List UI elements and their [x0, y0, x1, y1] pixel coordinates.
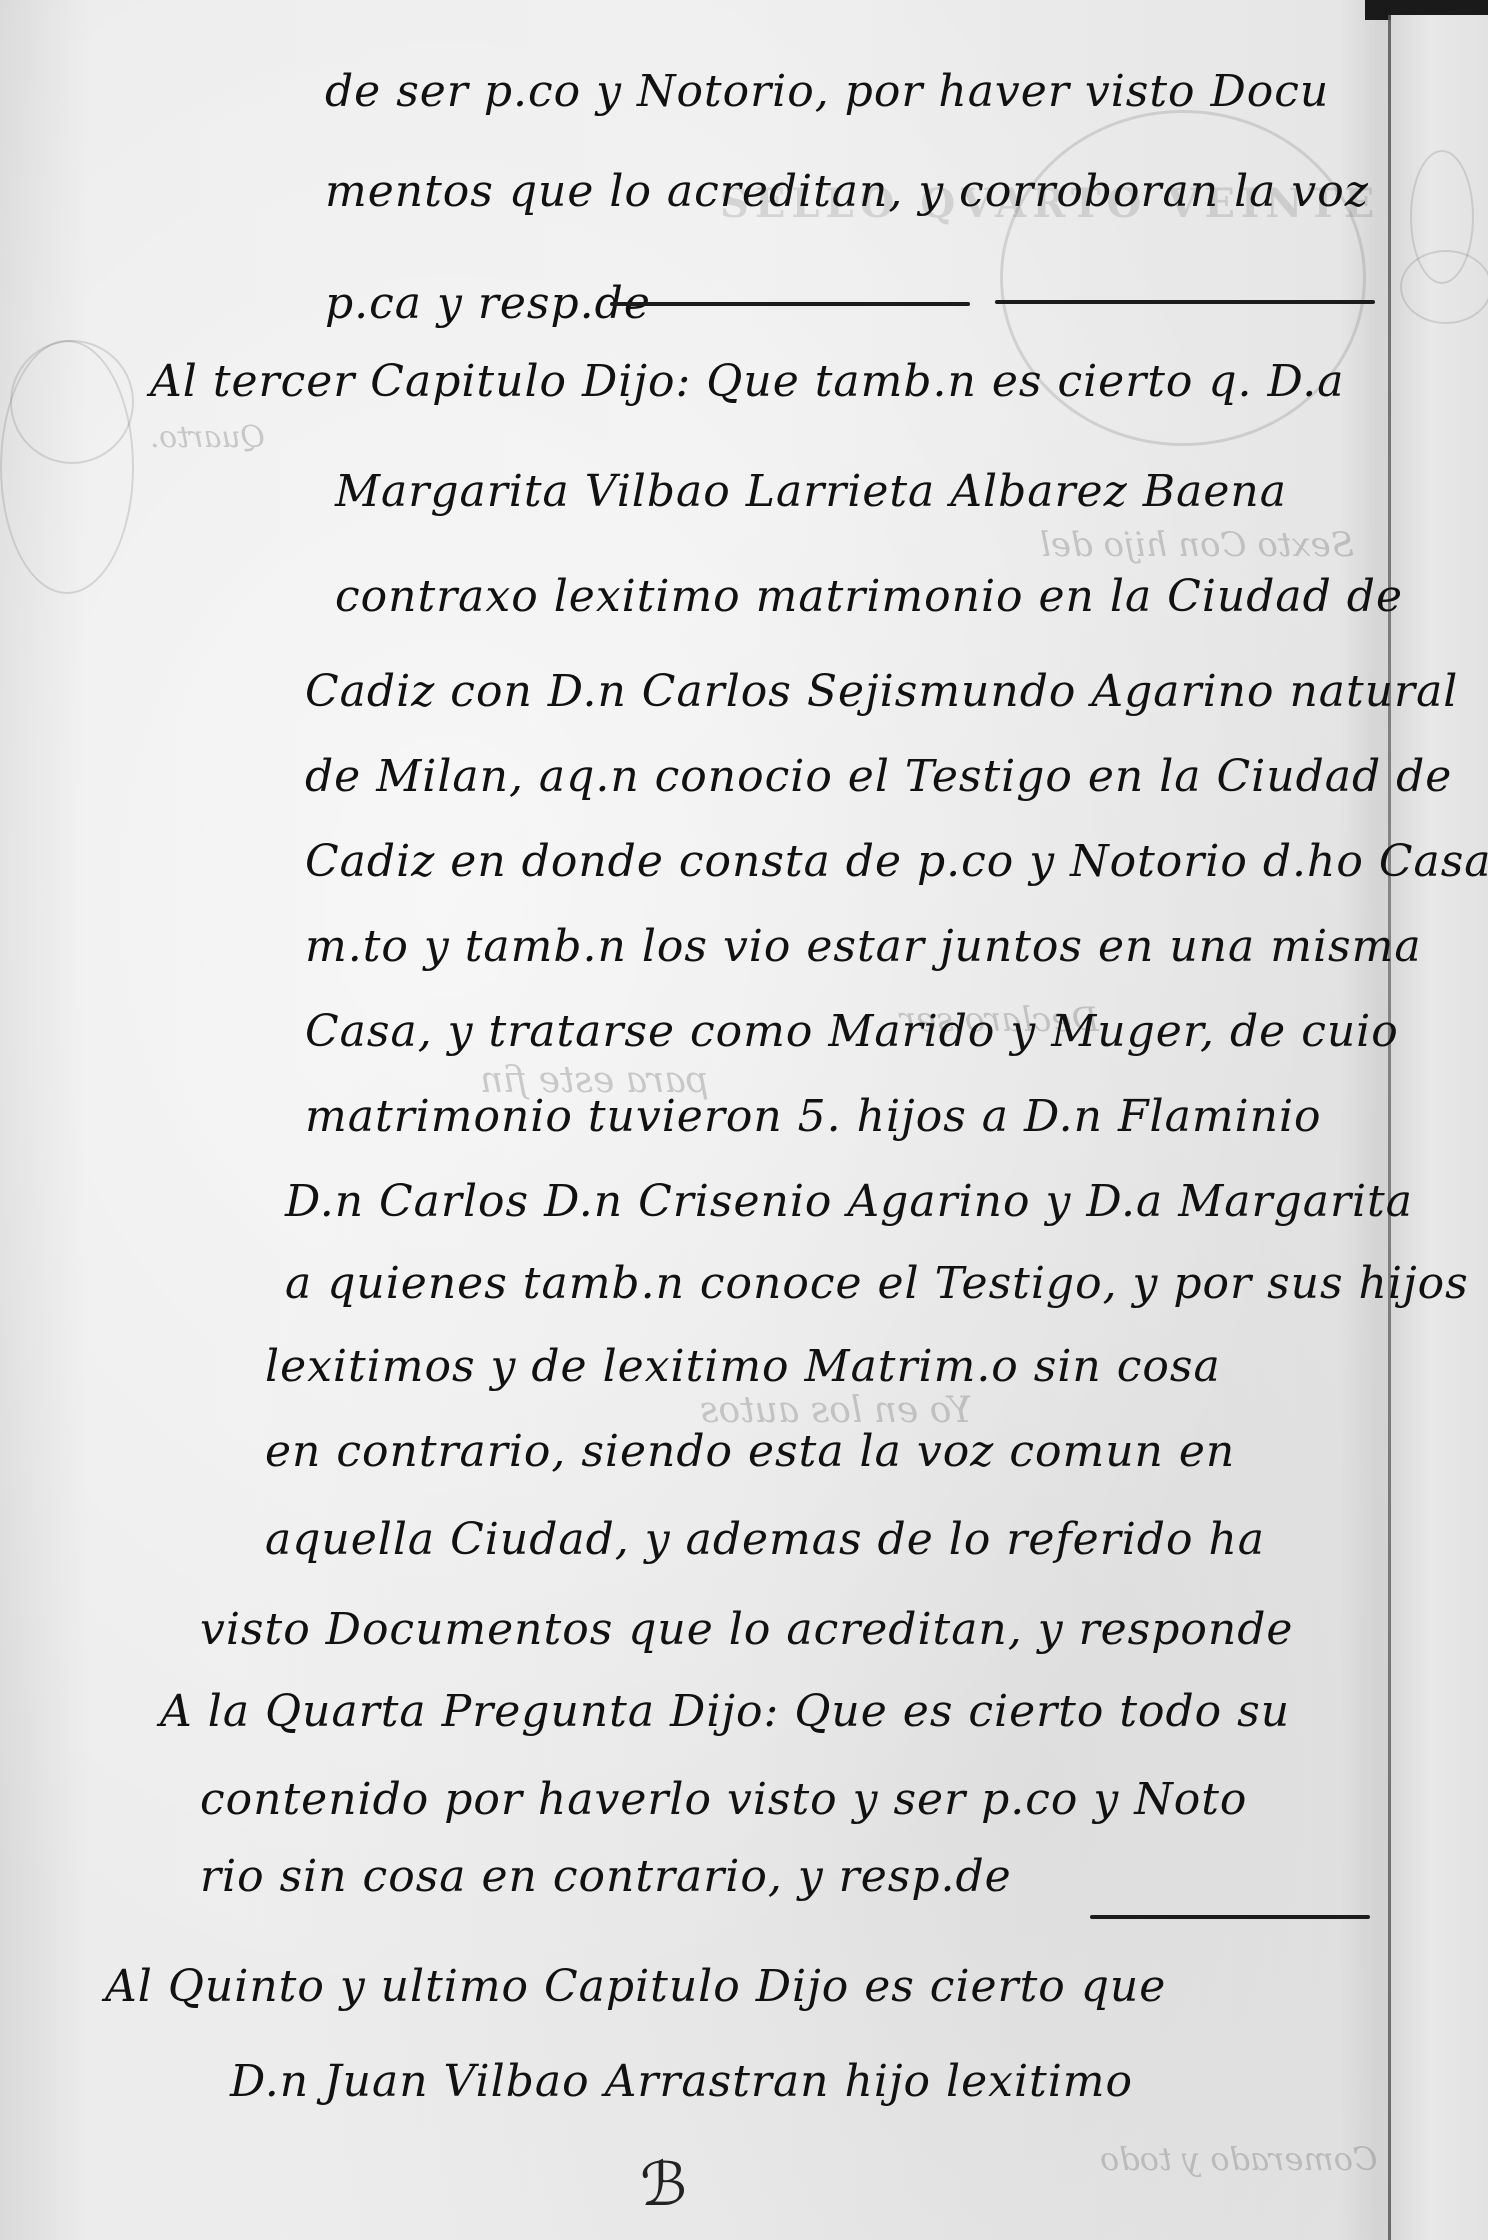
line-filler-rule: [610, 302, 970, 306]
manuscript-line: visto Documentos que lo acreditan, y res…: [200, 1608, 1293, 1652]
manuscript-line: matrimonio tuvieron 5. hijos a D.n Flami…: [305, 1095, 1322, 1139]
manuscript-line: p.ca y resp.de: [325, 282, 651, 326]
manuscript-line: Cadiz en donde consta de p.co y Notorio …: [305, 840, 1488, 884]
manuscript-line: D.n Carlos D.n Crisenio Agarino y D.a Ma…: [285, 1180, 1413, 1224]
adjacent-page-strip: [1391, 15, 1488, 2240]
rubric-flourish-icon: ℬ: [640, 2150, 687, 2220]
manuscript-line: a quienes tamb.n conoce el Testigo, y po…: [285, 1262, 1469, 1306]
manuscript-line: Al Quinto y ultimo Capitulo Dijo es cier…: [105, 1965, 1166, 2009]
manuscript-line: rio sin cosa en contrario, y resp.de: [200, 1855, 1012, 1899]
manuscript-line: Margarita Vilbao Larrieta Albarez Baena: [335, 470, 1287, 514]
manuscript-line: aquella Ciudad, y ademas de lo referido …: [265, 1518, 1265, 1562]
manuscript-line: lexitimos y de lexitimo Matrim.o sin cos…: [265, 1345, 1221, 1389]
manuscript-line: m.to y tamb.n los vio estar juntos en un…: [305, 925, 1422, 969]
manuscript-line: D.n Juan Vilbao Arrastran hijo lexitimo: [230, 2060, 1133, 2104]
manuscript-line: A la Quarta Pregunta Dijo: Que es cierto…: [160, 1690, 1290, 1734]
line-filler-rule: [1090, 1915, 1370, 1919]
manuscript-line: de Milan, aq.n conocio el Testigo en la …: [305, 755, 1452, 799]
manuscript-line: mentos que lo acreditan, y corroboran la…: [325, 170, 1369, 214]
manuscript-line: Casa, y tratarse como Marido y Muger, de…: [305, 1010, 1399, 1054]
manuscript-line: en contrario, siendo esta la voz comun e…: [265, 1430, 1235, 1474]
manuscript-line: contraxo lexitimo matrimonio en la Ciuda…: [335, 575, 1403, 619]
line-filler-rule: [995, 300, 1375, 304]
manuscript-line: Al tercer Capitulo Dijo: Que tamb.n es c…: [150, 360, 1344, 404]
manuscript-line: contenido por haverlo visto y ser p.co y…: [200, 1778, 1247, 1822]
page-fold-line: [1388, 15, 1391, 2240]
manuscript-line: Cadiz con D.n Carlos Sejismundo Agarino …: [305, 670, 1458, 714]
manuscript-line: de ser p.co y Notorio, por haver visto D…: [325, 70, 1329, 114]
